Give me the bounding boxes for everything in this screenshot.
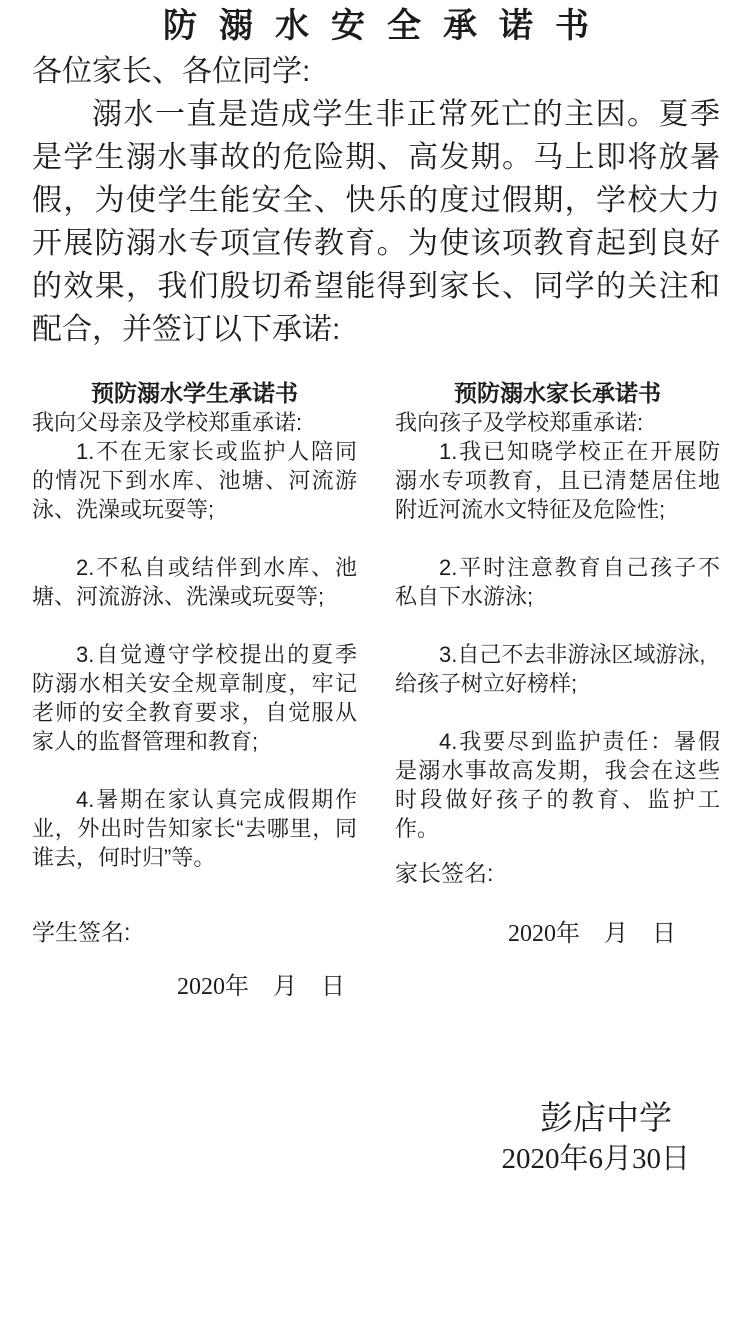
parent-pledge-opening: 我向孩子及学校郑重承诺:	[395, 408, 720, 437]
parent-date-line: 2020年 月 日	[395, 920, 720, 949]
student-pledge-column: 预防溺水学生承诺书 我向父母亲及学校郑重承诺: 1.不在无家长或监护人陪同的情况…	[32, 379, 357, 1002]
school-name: 彭店中学	[32, 1097, 720, 1139]
issue-date: 2020年6月30日	[32, 1139, 720, 1179]
parent-pledge-items: 1.我已知晓学校正在开展防溺水专项教育，且已清楚居住地附近河流水文特征及危险性;…	[395, 437, 720, 843]
pledge-item: 4.暑期在家认真完成假期作业，外出时告知家长“去哪里，同谁去，何时归”等。	[32, 785, 357, 872]
salutation: 各位家长、各位同学:	[32, 50, 720, 93]
parent-pledge-heading: 预防溺水家长承诺书	[395, 379, 720, 408]
page-title: 防溺水安全承诺书	[32, 6, 720, 46]
student-pledge-heading: 预防溺水学生承诺书	[32, 379, 357, 408]
parent-pledge-column: 预防溺水家长承诺书 我向孩子及学校郑重承诺: 1.我已知晓学校正在开展防溺水专项…	[395, 379, 720, 1002]
intro-paragraph: 溺水一直是造成学生非正常死亡的主因。夏季是学生溺水事故的危险期、高发期。马上即将…	[32, 93, 720, 351]
pledge-item: 2.不私自或结伴到水库、池塘、河流游泳、洗澡或玩耍等;	[32, 553, 357, 611]
student-pledge-items: 1.不在无家长或监护人陪同的情况下到水库、池塘、河流游泳、洗澡或玩耍等; 2.不…	[32, 437, 357, 872]
student-date-line: 2020年 月 日	[32, 973, 357, 1002]
pledge-item: 3.自己不去非游泳区域游泳, 给孩子树立好榜样;	[395, 640, 720, 698]
pledge-document: 防溺水安全承诺书 各位家长、各位同学: 溺水一直是造成学生非正常死亡的主因。夏季…	[0, 0, 750, 1179]
document-footer: 彭店中学 2020年6月30日	[32, 1097, 720, 1179]
parent-signature-label: 家长签名:	[395, 859, 720, 888]
pledge-item: 2.平时注意教育自己孩子不私自下水游泳;	[395, 553, 720, 611]
student-signature-label: 学生签名:	[32, 918, 357, 947]
student-pledge-opening: 我向父母亲及学校郑重承诺:	[32, 408, 357, 437]
pledge-item: 1.我已知晓学校正在开展防溺水专项教育，且已清楚居住地附近河流水文特征及危险性;	[395, 437, 720, 524]
pledge-item: 3.自觉遵守学校提出的夏季防溺水相关安全规章制度，牢记老师的安全教育要求，自觉服…	[32, 640, 357, 756]
pledge-item: 4.我要尽到监护责任：暑假是溺水事故高发期，我会在这些时段做好孩子的教育、监护工…	[395, 727, 720, 843]
pledge-item: 1.不在无家长或监护人陪同的情况下到水库、池塘、河流游泳、洗澡或玩耍等;	[32, 437, 357, 524]
pledge-columns: 预防溺水学生承诺书 我向父母亲及学校郑重承诺: 1.不在无家长或监护人陪同的情况…	[32, 379, 720, 1002]
